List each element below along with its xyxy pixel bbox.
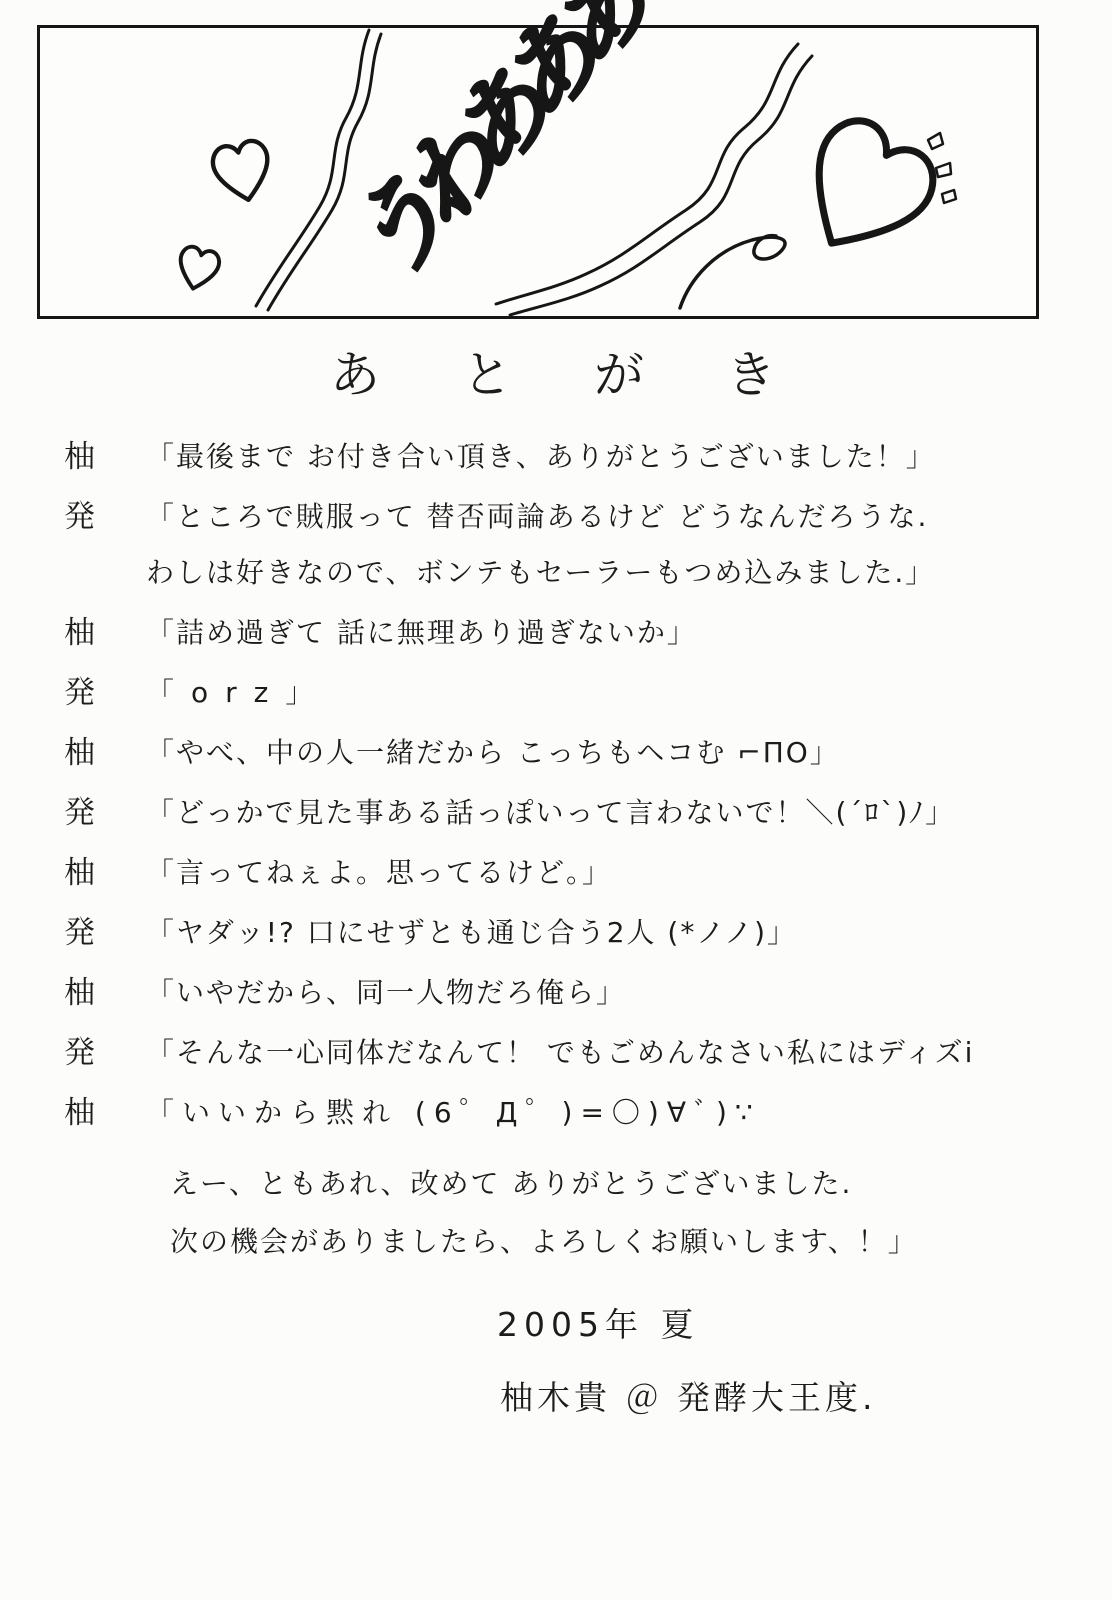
heart-large-icon: [782, 108, 946, 274]
signature-text: 柚木貴 ＠ 発酵大王度.: [500, 1372, 1112, 1419]
dialogue-row: 発 「どっかで見た事ある話っぽいって言わないで！＼(´ﾛ`)ﾉ」: [64, 785, 1082, 841]
dialogue-row: 柚 「最後まで お付き合い頂き、ありがとうございました！」: [64, 429, 1082, 485]
wavy-line-left: [256, 30, 381, 310]
closing-line: 次の機会がありましたら、よろしくお願いします、！」: [170, 1213, 1112, 1271]
dialogue-line: わしは好きなので、ボンテもセーラーもつめ込みました.」: [146, 545, 1082, 601]
dialogue-line: 「どっかで見た事ある話っぽいって言わないで！＼(´ﾛ`)ﾉ」: [146, 785, 1082, 841]
date-text: 2005年 夏: [497, 1299, 1112, 1346]
heart-tiny-icon: [174, 244, 221, 293]
closing-paragraph: えー、ともあれ、改めて ありがとうございました. 次の機会がありましたら、よろし…: [170, 1155, 1112, 1271]
speaker-label: 柚: [64, 429, 102, 485]
dialogue-line: 「そんな一心同体だなんて！ でもごめんなさい私にはディズi: [146, 1025, 1082, 1081]
header-doodle-panel: うわあああ: [37, 25, 1039, 319]
speaker-label: 柚: [64, 845, 102, 901]
dialogue-line: 「やべ、中の人一緒だから こっちもヘコむ ⌐ΠO」: [146, 725, 1082, 781]
dialogue-line: 「ヤダッ!? 口にせずとも通じ合う2人 (*ノノ)」: [146, 905, 1082, 961]
dialogue-row: 柚 「やべ、中の人一緒だから こっちもヘコむ ⌐ΠO」: [64, 725, 1082, 781]
speaker-label: 発: [64, 489, 102, 601]
dialogue-row: 発 「ところで賊服って 替否両論あるけど どうなんだろうな. わしは好きなので、…: [64, 489, 1082, 601]
afterword-content: あとがき 柚 「最後まで お付き合い頂き、ありがとうございました！」 発 「とこ…: [0, 348, 1112, 1419]
speaker-label: 発: [64, 905, 102, 961]
swirl-icon: [680, 236, 785, 308]
dialogue-row: 発 「ヤダッ!? 口にせずとも通じ合う2人 (*ノノ)」: [64, 905, 1082, 961]
speaker-label: 柚: [64, 1085, 102, 1141]
dialogue-row: 柚 「言ってねぇよ。思ってるけど。」: [64, 845, 1082, 901]
heart-small-icon: [210, 138, 275, 205]
afterword-page: うわあああ あとがき 柚 「最後まで お付き合い頂き、ありがとうございました！」…: [0, 0, 1112, 1600]
dialogue-line: 「詰め過ぎて 話に無理あり過ぎないか」: [146, 605, 1082, 661]
dialogue-section: 柚 「最後まで お付き合い頂き、ありがとうございました！」 発 「ところで賊服っ…: [0, 429, 1112, 1141]
speaker-label: 発: [64, 1025, 102, 1081]
speaker-label: 柚: [64, 725, 102, 781]
dialogue-line: 「最後まで お付き合い頂き、ありがとうございました！」: [146, 429, 1082, 485]
speaker-label: 発: [64, 665, 102, 721]
dialogue-line: 「いいから黙れ (6゜Д゜)=〇)∀ﾞ)∵: [146, 1085, 1082, 1141]
page-title: あとがき: [330, 348, 1112, 403]
dialogue-row: 発 「orz」: [64, 665, 1082, 721]
dialogue-row: 柚 「いいから黙れ (6゜Д゜)=〇)∀ﾞ)∵: [64, 1085, 1082, 1141]
dialogue-row: 発 「そんな一心同体だなんて！ でもごめんなさい私にはディズi: [64, 1025, 1082, 1081]
speaker-label: 柚: [64, 965, 102, 1021]
speaker-label: 発: [64, 785, 102, 841]
dialogue-line: 「言ってねぇよ。思ってるけど。」: [146, 845, 1082, 901]
dialogue-line: 「ところで賊服って 替否両論あるけど どうなんだろうな.: [146, 489, 1082, 545]
closing-line: えー、ともあれ、改めて ありがとうございました.: [170, 1155, 1112, 1213]
dialogue-line: 「orz」: [146, 665, 1082, 721]
dialogue-line: 「いやだから、同一人物だろ俺ら」: [146, 965, 1082, 1021]
dialogue-row: 柚 「詰め過ぎて 話に無理あり過ぎないか」: [64, 605, 1082, 661]
dialogue-row: 柚 「いやだから、同一人物だろ俺ら」: [64, 965, 1082, 1021]
speaker-label: 柚: [64, 605, 102, 661]
